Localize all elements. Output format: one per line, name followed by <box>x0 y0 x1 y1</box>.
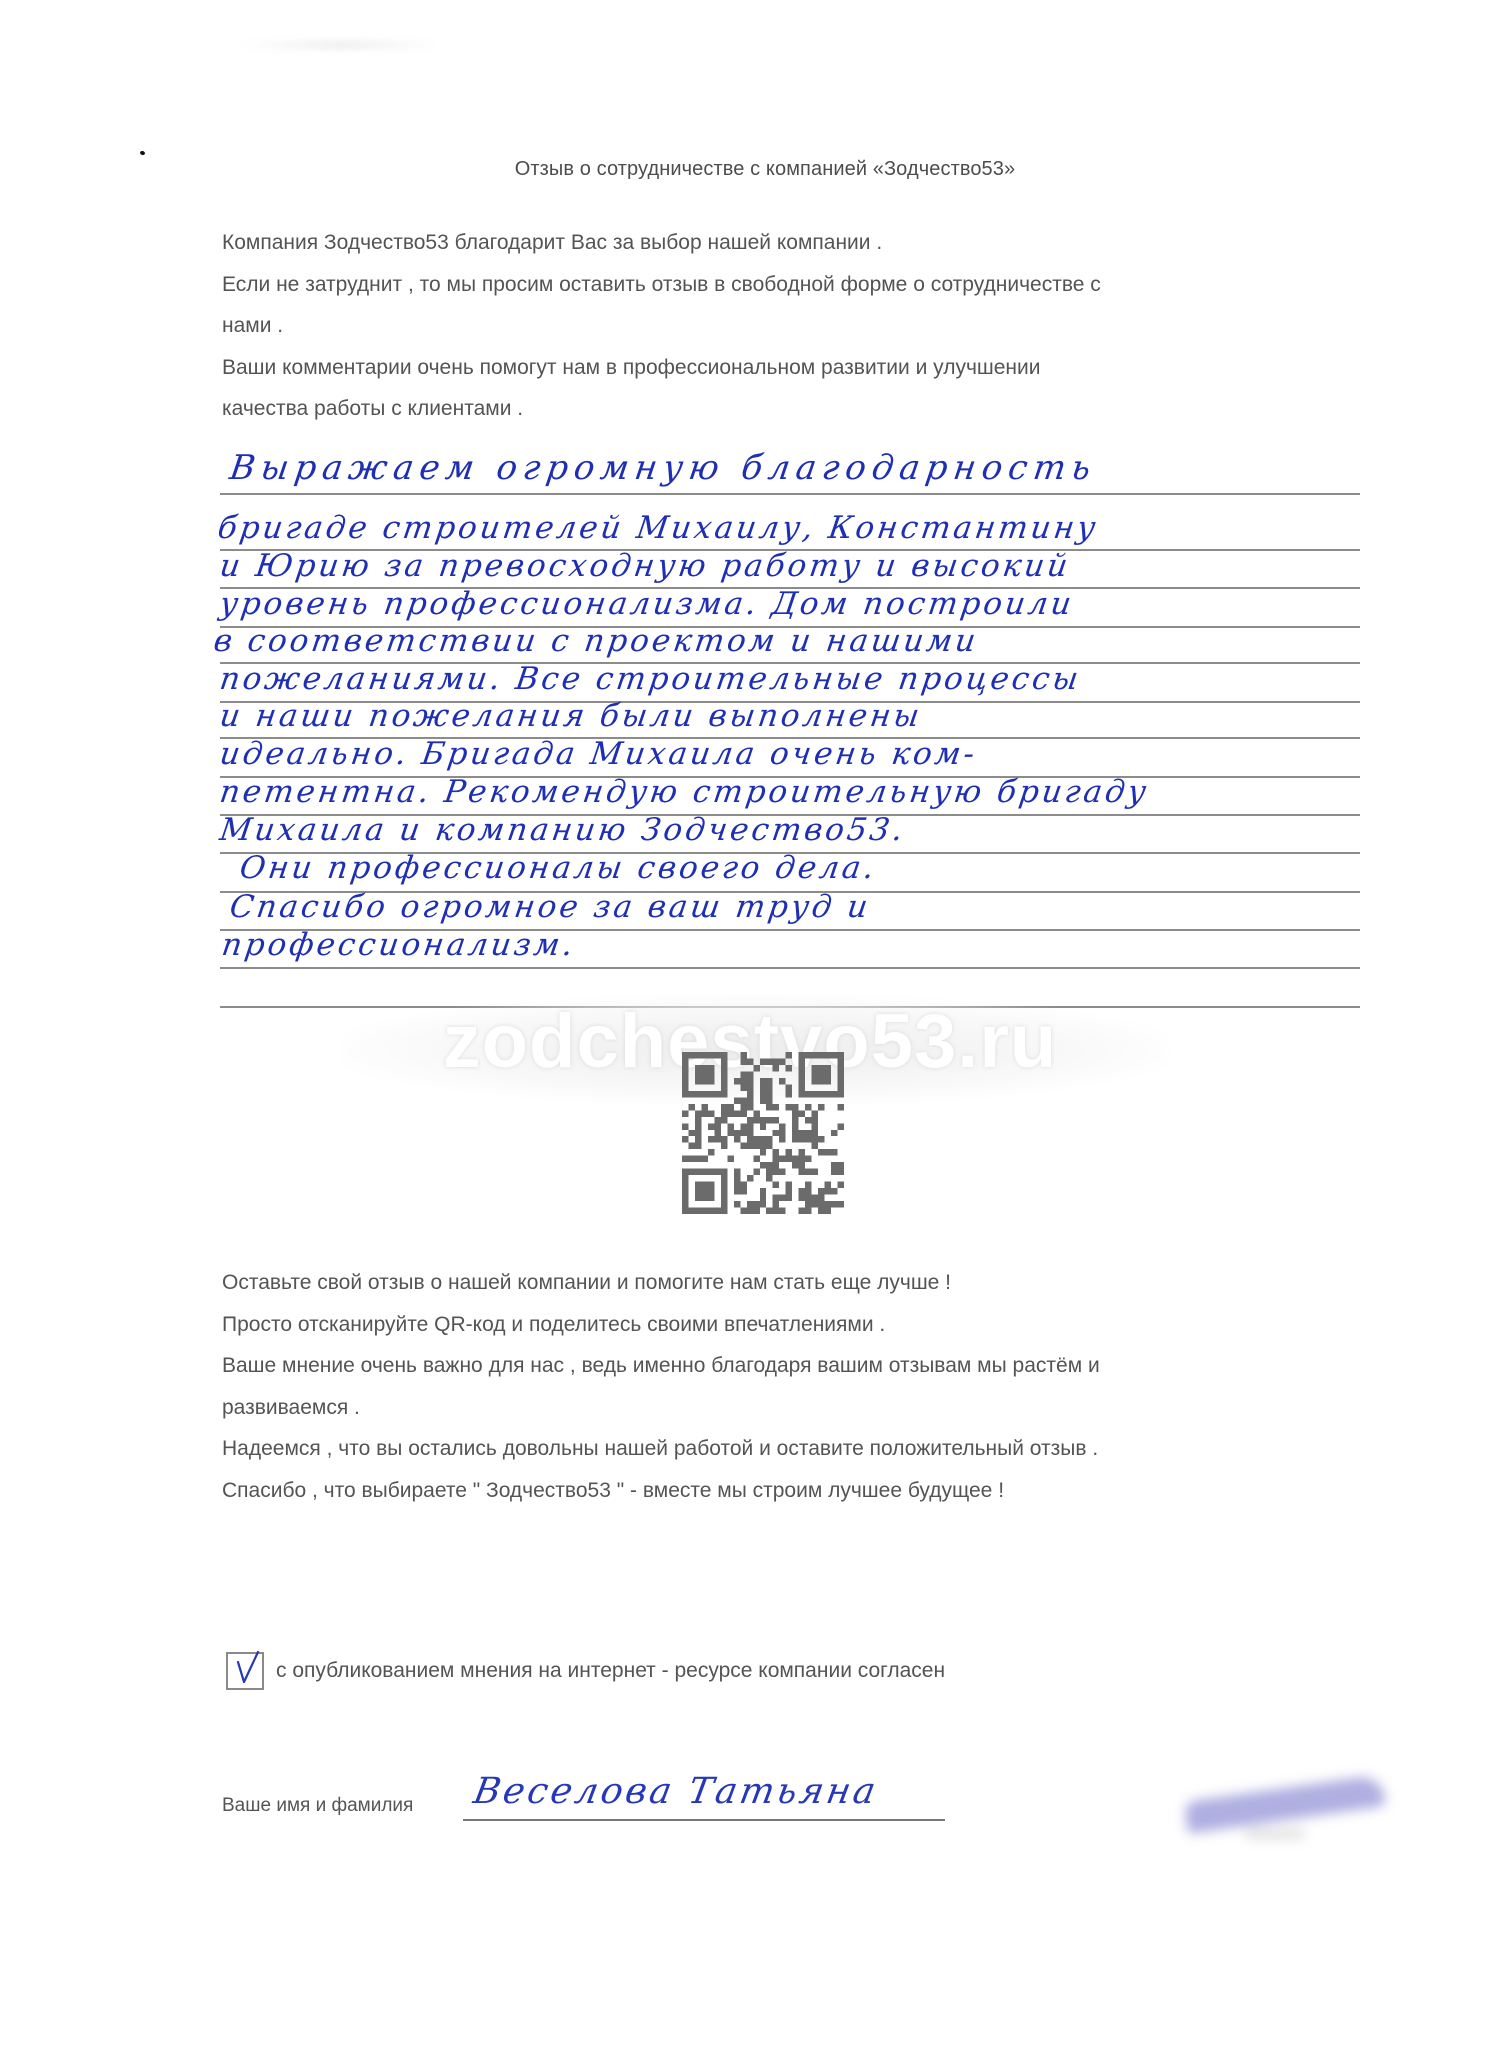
outro-line: развиваемся . <box>222 1387 1352 1429</box>
outro-line: Ваше мнение очень важно для нас , ведь и… <box>222 1345 1352 1387</box>
scan-speck <box>139 150 145 155</box>
redacted-signature <box>1175 1770 1395 1840</box>
handwritten-line: Михаила и компанию Зодчество53. <box>217 812 907 848</box>
name-value[interactable]: Веселова Татьяна <box>470 1771 881 1812</box>
rule-line <box>220 967 1360 969</box>
handwritten-line: и наши пожелания были выполнены <box>217 698 924 734</box>
checkmark-icon <box>230 1648 260 1688</box>
consent-checkbox[interactable] <box>226 1652 264 1690</box>
outro-line: Просто отсканируйте QR-код и поделитесь … <box>222 1304 1352 1346</box>
intro-line: Если не затруднит , то мы просим оставит… <box>222 264 1352 306</box>
outro-text: Оставьте свой отзыв о нашей компании и п… <box>222 1262 1352 1511</box>
handwritten-line: в соответствии с проектом и нашими <box>211 623 980 659</box>
handwritten-line: пожеланиями. Все строительные процессы <box>217 661 1083 697</box>
intro-text: Компания Зодчество53 благодарит Вас за в… <box>222 222 1352 430</box>
handwritten-line: Спасибо огромное за ваш труд и <box>227 889 872 925</box>
name-underline <box>463 1819 945 1821</box>
signature-blur <box>1184 1774 1387 1834</box>
intro-line: нами . <box>222 305 1352 347</box>
consent-label: с опубликованием мнения на интернет - ре… <box>276 1659 945 1683</box>
outro-line: Спасибо , что выбираете " Зодчество53 " … <box>222 1470 1352 1512</box>
review-form-page: Отзыв о сотрудничестве с компанией «Зодч… <box>0 0 1500 2061</box>
handwritten-line: профессионализм. <box>219 927 578 963</box>
intro-line: Ваши комментарии очень помогут нам в про… <box>222 347 1352 389</box>
outro-line: Оставьте свой отзыв о нашей компании и п… <box>222 1262 1352 1304</box>
handwritten-line: бригаде строителей Михаилу, Константину <box>215 510 1100 546</box>
handwritten-line: уровень профессионализма. Дом построили <box>217 586 1076 622</box>
signature-caption-blur <box>1245 1830 1305 1838</box>
handwritten-line: петентна. Рекомендую строительную бригад… <box>217 774 1151 810</box>
outro-line: Надеемся , что вы остались довольны наше… <box>222 1428 1352 1470</box>
intro-line: Компания Зодчество53 благодарит Вас за в… <box>222 222 1352 264</box>
scan-artifact <box>240 40 440 50</box>
page-title: Отзыв о сотрудничестве с компанией «Зодч… <box>0 158 1500 181</box>
intro-line: качества работы с клиентами . <box>222 388 1352 430</box>
name-label: Ваше имя и фамилия <box>222 1795 413 1817</box>
handwritten-line: и Юрию за превосходную работу и высокий <box>217 548 1072 584</box>
handwritten-line: идеально. Бригада Михаила очень ком- <box>217 736 979 772</box>
handwritten-line: Выражаем огромную благодарность <box>227 448 1099 488</box>
rule-line <box>220 493 1360 495</box>
qr-code-icon <box>682 1052 844 1214</box>
handwritten-line: Они профессионалы своего дела. <box>237 850 879 886</box>
publish-consent: с опубликованием мнения на интернет - ре… <box>226 1652 945 1690</box>
